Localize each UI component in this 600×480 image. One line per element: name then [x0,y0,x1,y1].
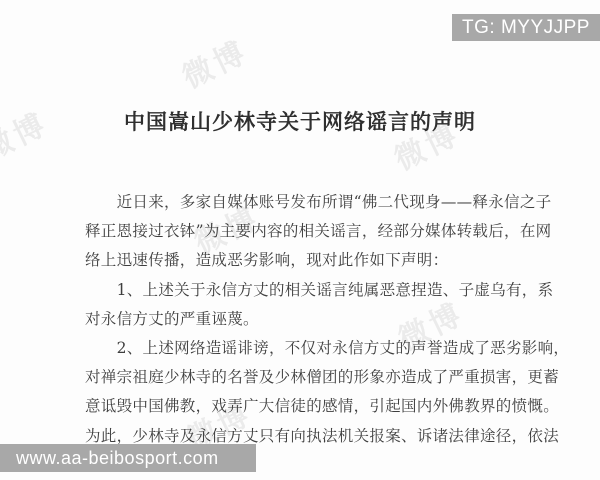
document-line: 意诋毁中国佛教，戏弄广大信徒的感情，引起国内外佛教界的愤慨。 [85,392,565,421]
document-line: 近日来，多家自媒体账号发布所谓“佛二代现身——释永信之子 [85,188,565,217]
statement-document-image: 微博 微博 微博 微博 微博 微博 中国嵩山少林寺关于网络谣言的声明 近日来，多… [0,0,600,480]
telegram-badge: TG: MYYJJPP [452,14,600,41]
site-watermark-url: www.aa-beibosport.com [16,448,219,469]
weibo-watermark: 微博 [174,27,254,96]
document-title: 中国嵩山少林寺关于网络谣言的声明 [0,106,600,136]
document-line: 释正恩接过衣钵”为主要内容的相关谣言，经部分媒体转载后，在网 [85,217,565,246]
document-line: 络上迅速传播，造成恶劣影响，现对此作如下声明： [85,246,565,275]
site-watermark-bar: www.aa-beibosport.com [0,444,256,472]
document-line: 1、上述关于永信方丈的相关谣言纯属恶意捏造、子虚乌有，系 [85,276,565,305]
telegram-badge-label: TG: MYYJJPP [462,17,590,39]
document-line: 对永信方丈的严重诬蔑。 [85,305,565,334]
document-line: 对禅宗祖庭少林寺的名誉及少林僧团的形象亦造成了严重损害，更蓄 [85,363,565,392]
document-body: 近日来，多家自媒体账号发布所谓“佛二代现身——释永信之子释正恩接过衣钵”为主要内… [85,188,565,451]
document-line: 2、上述网络造谣诽谤，不仅对永信方丈的声誉造成了恶劣影响， [85,334,565,363]
